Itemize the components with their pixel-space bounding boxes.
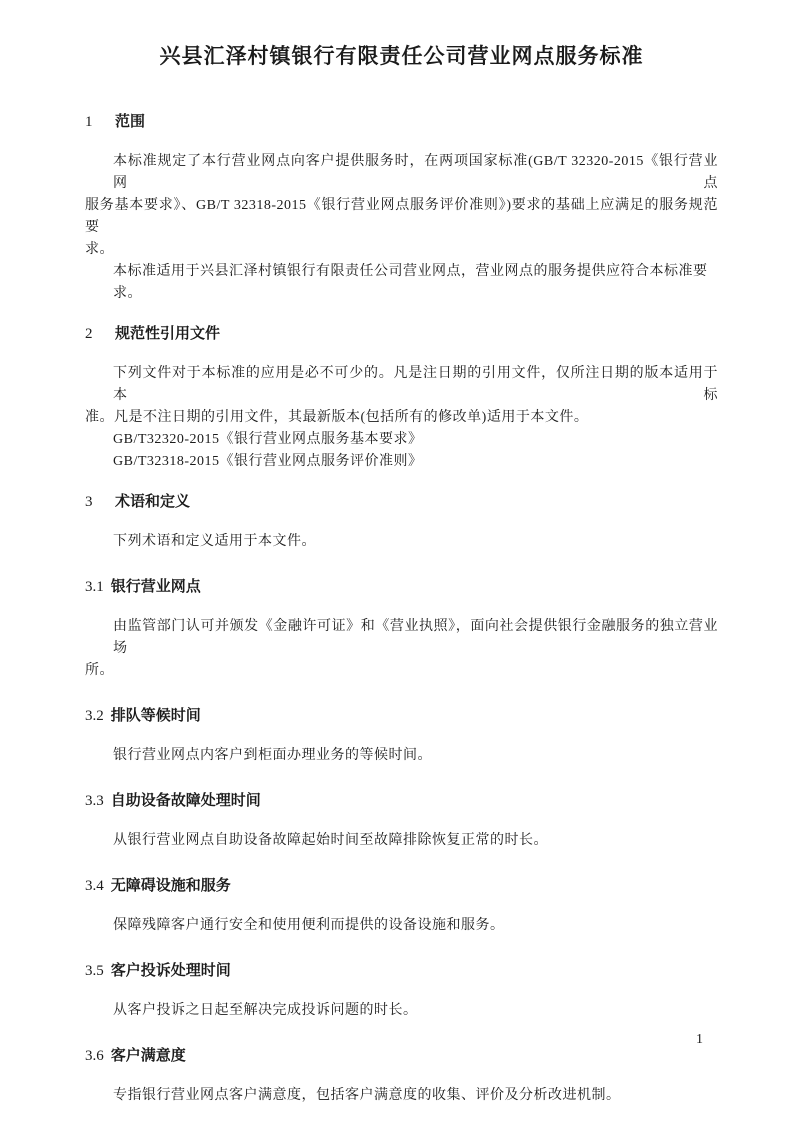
- section-heading-3.5: 3.5客户投诉处理时间: [85, 960, 718, 982]
- heading-number: 3.5: [85, 963, 104, 979]
- paragraph-line: 准。凡是不注日期的引用文件，其最新版本(包括所有的修改单)适用于本文件。: [85, 407, 718, 429]
- paragraph-block: 从银行营业网点自助设备故障起始时间至故障排除恢复正常的时长。: [85, 830, 718, 852]
- paragraph-line: 下列术语和定义适用于本文件。: [85, 531, 718, 553]
- section-heading-3.1: 3.1银行营业网点: [85, 576, 718, 598]
- paragraph-line: GB/T32318-2015《银行营业网点服务评价准则》: [85, 451, 718, 473]
- paragraph-block: 下列文件对于本标准的应用是必不可少的。凡是注日期的引用文件，仅所注日期的版本适用…: [85, 363, 718, 473]
- heading-number: 3.3: [85, 793, 104, 809]
- heading-text: 客户投诉处理时间: [111, 962, 231, 979]
- heading-number: 3.4: [85, 878, 104, 894]
- paragraph-line: 求。: [85, 239, 718, 261]
- paragraph-line: 从客户投诉之日起至解决完成投诉问题的时长。: [85, 1000, 718, 1022]
- heading-number: 1: [85, 111, 115, 133]
- paragraph-block: 银行营业网点内客户到柜面办理业务的等候时间。: [85, 745, 718, 767]
- section-heading-1: 1范围: [85, 111, 718, 133]
- document-body: 1范围本标准规定了本行营业网点向客户提供服务时，在两项国家标准(GB/T 323…: [0, 111, 794, 1107]
- paragraph-block: 下列术语和定义适用于本文件。: [85, 531, 718, 553]
- heading-text: 排队等候时间: [111, 707, 201, 724]
- paragraph-line: 银行营业网点内客户到柜面办理业务的等候时间。: [85, 745, 718, 767]
- paragraph-block: 专指银行营业网点客户满意度，包括客户满意度的收集、评价及分析改进机制。: [85, 1085, 718, 1107]
- heading-number: 3: [85, 491, 115, 513]
- heading-text: 银行营业网点: [111, 578, 201, 595]
- heading-text: 术语和定义: [115, 493, 190, 510]
- paragraph-line: 由监管部门认可并颁发《金融许可证》和《营业执照》，面向社会提供银行金融服务的独立…: [85, 616, 718, 660]
- paragraph-line: 保障残障客户通行安全和使用便利而提供的设备设施和服务。: [85, 915, 718, 937]
- paragraph-line: GB/T32320-2015《银行营业网点服务基本要求》: [85, 429, 718, 451]
- section-heading-3.4: 3.4无障碍设施和服务: [85, 875, 718, 897]
- paragraph-block: 从客户投诉之日起至解决完成投诉问题的时长。: [85, 1000, 718, 1022]
- heading-number: 2: [85, 323, 115, 345]
- paragraph-line: 服务基本要求》、GB/T 32318-2015《银行营业网点服务评价准则》)要求…: [85, 195, 718, 239]
- paragraph-line: 本标准适用于兴县汇泽村镇银行有限责任公司营业网点，营业网点的服务提供应符合本标准…: [85, 261, 718, 305]
- section-heading-3.2: 3.2排队等候时间: [85, 705, 718, 727]
- paragraph-line: 从银行营业网点自助设备故障起始时间至故障排除恢复正常的时长。: [85, 830, 718, 852]
- heading-text: 自助设备故障处理时间: [111, 792, 261, 809]
- paragraph-line: 下列文件对于本标准的应用是必不可少的。凡是注日期的引用文件，仅所注日期的版本适用…: [85, 363, 718, 407]
- paragraph-line: 所。: [85, 660, 718, 682]
- page-number: 1: [0, 1029, 703, 1051]
- heading-text: 规范性引用文件: [115, 325, 220, 342]
- document-page: 兴县汇泽村镇银行有限责任公司营业网点服务标准 1范围本标准规定了本行营业网点向客…: [0, 0, 794, 1123]
- heading-text: 无障碍设施和服务: [111, 877, 231, 894]
- section-heading-3: 3术语和定义: [85, 491, 718, 513]
- section-heading-2: 2规范性引用文件: [85, 323, 718, 345]
- heading-number: 3.2: [85, 708, 104, 724]
- paragraph-line: 专指银行营业网点客户满意度，包括客户满意度的收集、评价及分析改进机制。: [85, 1085, 718, 1107]
- paragraph-block: 由监管部门认可并颁发《金融许可证》和《营业执照》，面向社会提供银行金融服务的独立…: [85, 616, 718, 682]
- heading-number: 3.1: [85, 579, 104, 595]
- section-heading-3.3: 3.3自助设备故障处理时间: [85, 790, 718, 812]
- paragraph-line: 本标准规定了本行营业网点向客户提供服务时，在两项国家标准(GB/T 32320-…: [85, 151, 718, 195]
- paragraph-block: 保障残障客户通行安全和使用便利而提供的设备设施和服务。: [85, 915, 718, 937]
- document-title: 兴县汇泽村镇银行有限责任公司营业网点服务标准: [85, 42, 718, 72]
- heading-text: 范围: [115, 113, 145, 130]
- paragraph-block: 本标准规定了本行营业网点向客户提供服务时，在两项国家标准(GB/T 32320-…: [85, 151, 718, 305]
